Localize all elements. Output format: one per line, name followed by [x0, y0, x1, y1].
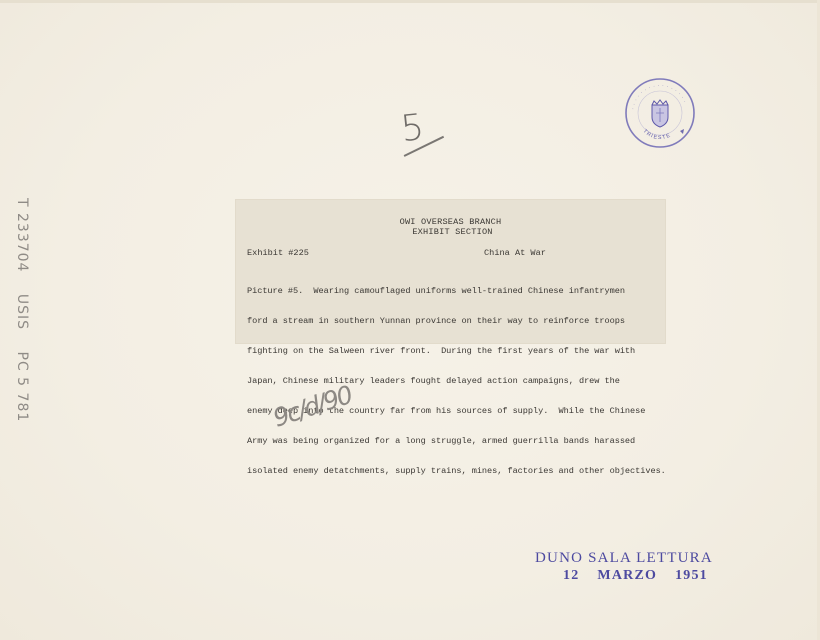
margin-note-catalog-number: T 233704: [14, 198, 30, 272]
label-header-section: EXHIBIT SECTION: [240, 227, 665, 237]
label-header-branch: OWI OVERSEAS BRANCH: [236, 217, 665, 227]
stamp-year: 1951: [675, 568, 708, 583]
library-date-stamp: DUNO SALA LETTURA 12MARZO1951: [533, 550, 733, 584]
caption-line: Picture #5. Wearing camouflaged uniforms…: [247, 286, 665, 296]
pencil-dot: [305, 378, 307, 381]
exhibit-number: Exhibit #225: [247, 248, 309, 258]
caption-line: Japan, Chinese military leaders fought d…: [247, 376, 665, 386]
caption-line: fighting on the Salween river front. Dur…: [247, 346, 665, 356]
margin-note-agency: USIS: [14, 294, 30, 330]
stamp-library-name: DUNO SALA LETTURA: [535, 550, 733, 567]
stamp-day: 12: [563, 568, 579, 583]
circular-stamp: · · · · · · · · · · · · · · · · TRIESTE: [624, 77, 696, 149]
caption-line: ford a stream in southern Yunnan provinc…: [247, 316, 665, 326]
document-page: 5 T 233704 USIS PC 5 781 · · · · · · · ·…: [0, 0, 820, 640]
handwritten-page-number: 5: [399, 107, 426, 150]
caption-text: Picture #5. Wearing camouflaged uniforms…: [247, 266, 665, 496]
stamp-date-line: 12MARZO1951: [563, 567, 733, 584]
stamp-month: MARZO: [597, 568, 657, 583]
caption-line: isolated enemy detatchments, supply trai…: [247, 466, 665, 476]
coat-of-arms-shield-icon: [652, 100, 668, 127]
series-title: China At War: [484, 248, 546, 258]
label-header: OWI OVERSEAS BRANCH EXHIBIT SECTION: [236, 217, 665, 237]
margin-note-reference: PC 5 781: [14, 352, 30, 423]
caption-label: OWI OVERSEAS BRANCH EXHIBIT SECTION Exhi…: [236, 200, 665, 343]
page-top-edge: [0, 0, 820, 3]
margin-notes: T 233704 USIS PC 5 781: [8, 198, 30, 428]
caption-line: Army was being organized for a long stru…: [247, 436, 665, 446]
